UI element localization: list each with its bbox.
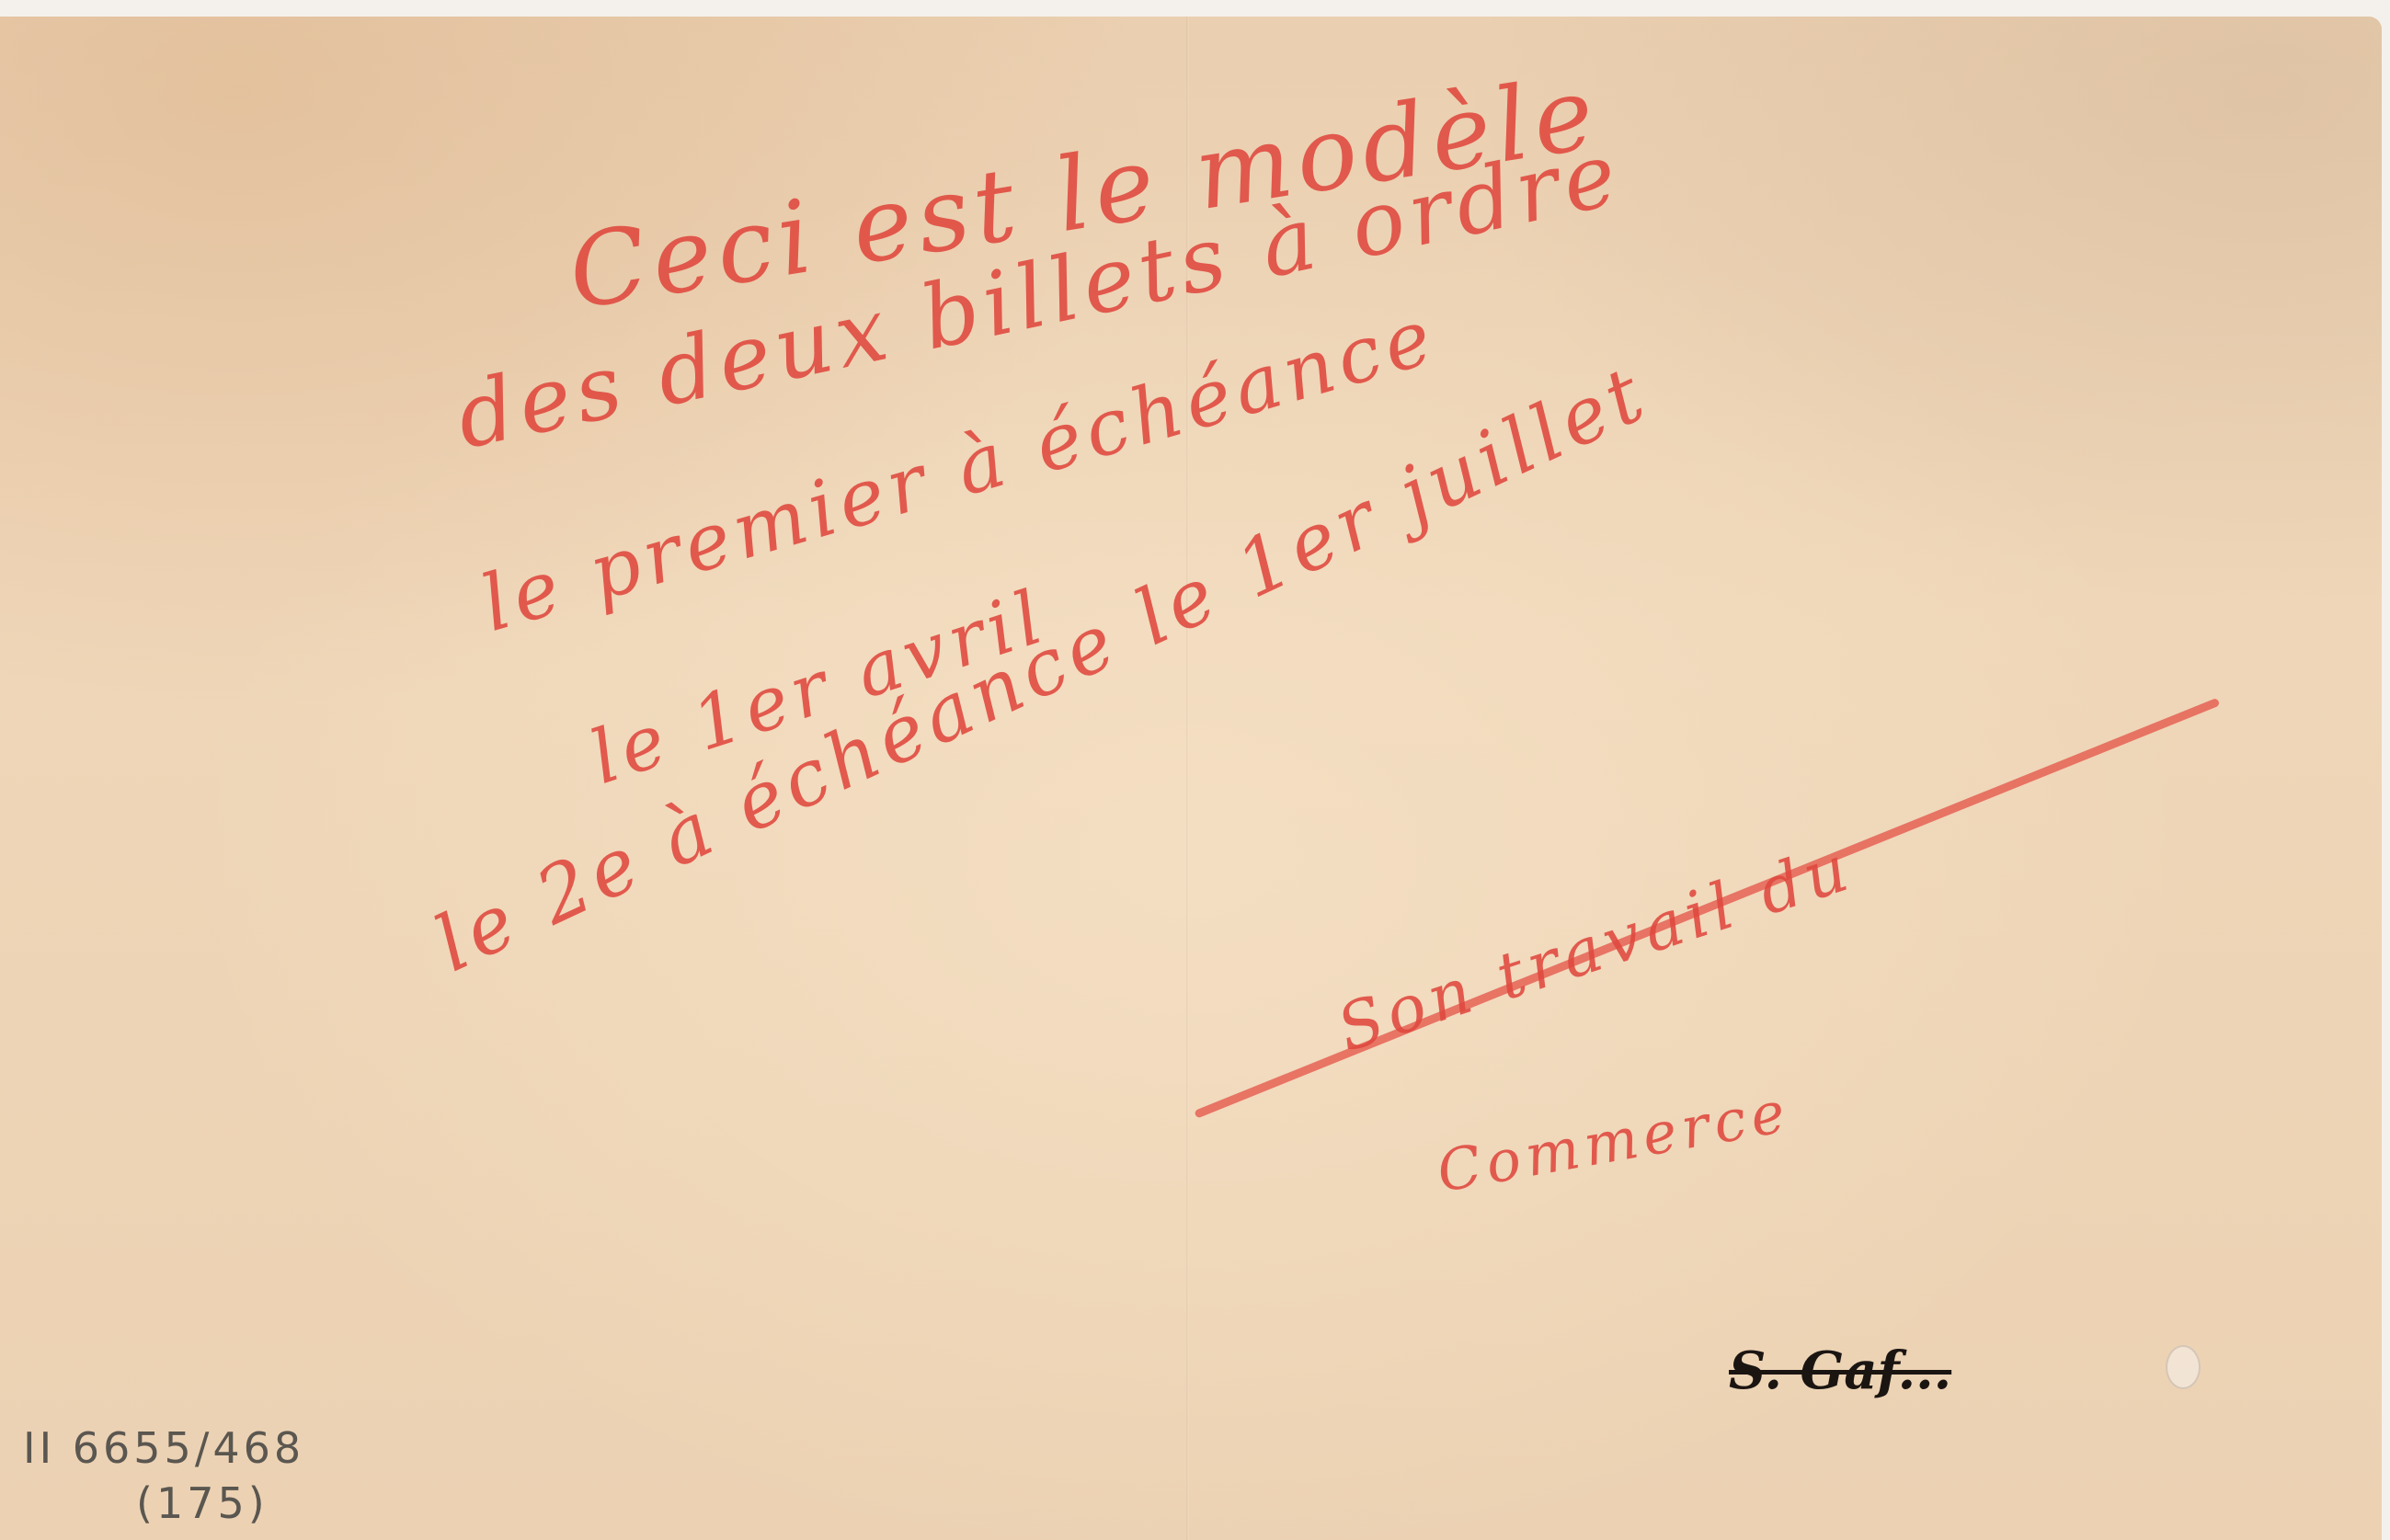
blind-stamp xyxy=(2166,1345,2201,1389)
archive-number: II 6655/468 xyxy=(23,1423,304,1473)
paper-sheet: Ceci est le modèle des deux billets à or… xyxy=(0,17,2382,1540)
handwritten-line-6: Son travail du xyxy=(1329,829,1862,1067)
signature: S. Gaf... xyxy=(1729,1340,1951,1401)
handwritten-line-7: Commerce xyxy=(1432,1078,1795,1205)
archive-sub-number: (175) xyxy=(136,1478,269,1528)
